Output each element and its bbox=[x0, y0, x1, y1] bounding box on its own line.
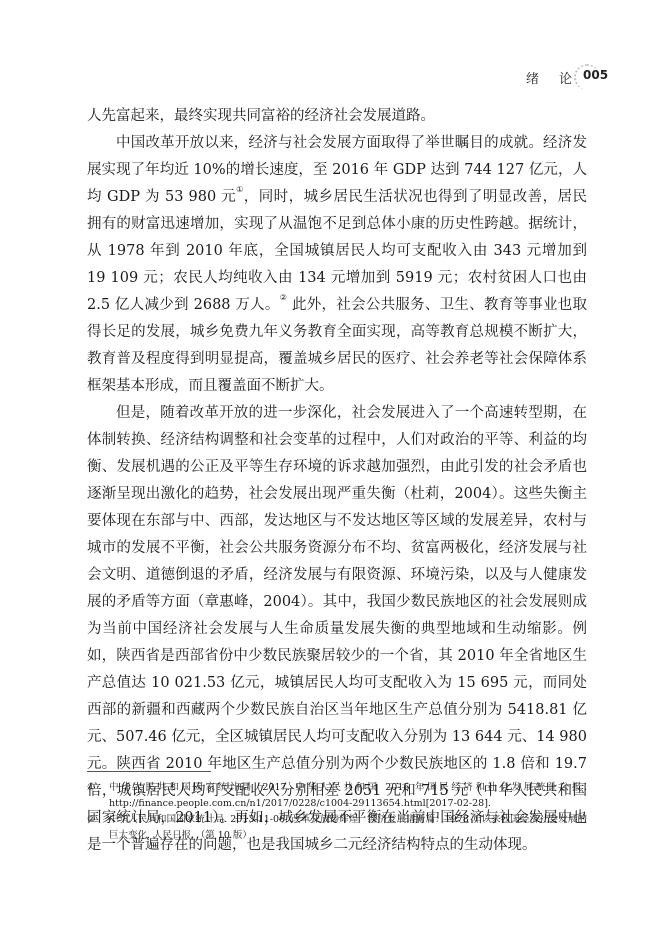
footnotes: ① 中华人民共和国国家统计局. 2017. 中华人民共和国 2016 年国民经济… bbox=[87, 780, 587, 844]
footnote-ref-1[interactable]: ① bbox=[236, 185, 244, 194]
paragraph-achievements: 中国改革开放以来，经济与社会发展方面取得了举世瞩目的成就。经济发展实现了年均近 … bbox=[87, 130, 587, 400]
body-text: 人先富起来，最终实现共同富裕的经济社会发展道路。 中国改革开放以来，经济与社会发… bbox=[87, 103, 587, 859]
footnote-mark: ① bbox=[87, 780, 109, 812]
page-header: 绪论 005 bbox=[0, 62, 661, 92]
footnote-mark: ② bbox=[87, 812, 109, 844]
paragraph-text: 人先富起来，最终实现共同富裕的经济社会发展道路。 bbox=[87, 108, 435, 124]
paragraph-text: ，同时，城乡居民生活状况也得到了明显改善，居民拥有的财富迅速增加，实现了从温饱不… bbox=[87, 189, 587, 313]
page-number: 005 bbox=[583, 68, 608, 82]
footnote-text: 中华人民共和国国家统计局. 2013-11-06. 改革开放铸辉煌 经济发展谱新… bbox=[109, 812, 587, 844]
footnote-2: ② 中华人民共和国国家统计局. 2013-11-06. 改革开放铸辉煌 经济发展… bbox=[87, 812, 587, 844]
footnote-1: ① 中华人民共和国国家统计局. 2017. 中华人民共和国 2016 年国民经济… bbox=[87, 780, 587, 812]
paragraph-continued: 人先富起来，最终实现共同富裕的经济社会发展道路。 bbox=[87, 103, 587, 130]
footnote-ref-2[interactable]: ② bbox=[280, 293, 287, 302]
footnote-divider bbox=[87, 771, 211, 772]
footnote-text: 中华人民共和国国家统计局. 2017. 中华人民共和国 2016 年国民经济和社… bbox=[109, 780, 587, 812]
